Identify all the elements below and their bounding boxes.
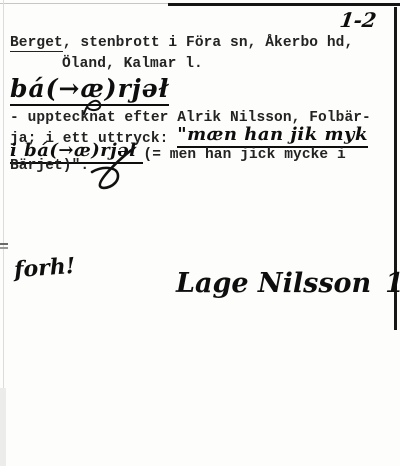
location-line: Öland, Kalmar l. [62,56,203,72]
margin-note: forh! [13,253,76,283]
top-border-dark [168,3,400,6]
pen-flourish-mark [88,146,140,190]
left-border-faint [3,0,4,412]
bottom-left-scan-shadow [0,388,6,466]
signature-name: Lage Nilsson [176,268,371,299]
signature-year: 1935 [385,268,400,299]
note-line-4: Bärjet)". [10,158,89,174]
left-edge-mark [0,243,8,245]
note-line-3-typed: (= men han jick mycke i [143,147,345,163]
headword-line: Berget, stenbrott i Föra sn, Åkerbo hd, [10,35,353,51]
archive-card: 1-2 Berget, stenbrott i Föra sn, Åkerbo … [0,0,400,466]
headword: Berget [10,35,63,52]
top-border-faint [0,3,175,4]
page-number: 1-2 [338,8,378,32]
headword-rest: , stenbrott i Föra sn, Åkerbo hd, [63,35,353,51]
signature-line: Lage Nilsson1935 [176,268,400,299]
